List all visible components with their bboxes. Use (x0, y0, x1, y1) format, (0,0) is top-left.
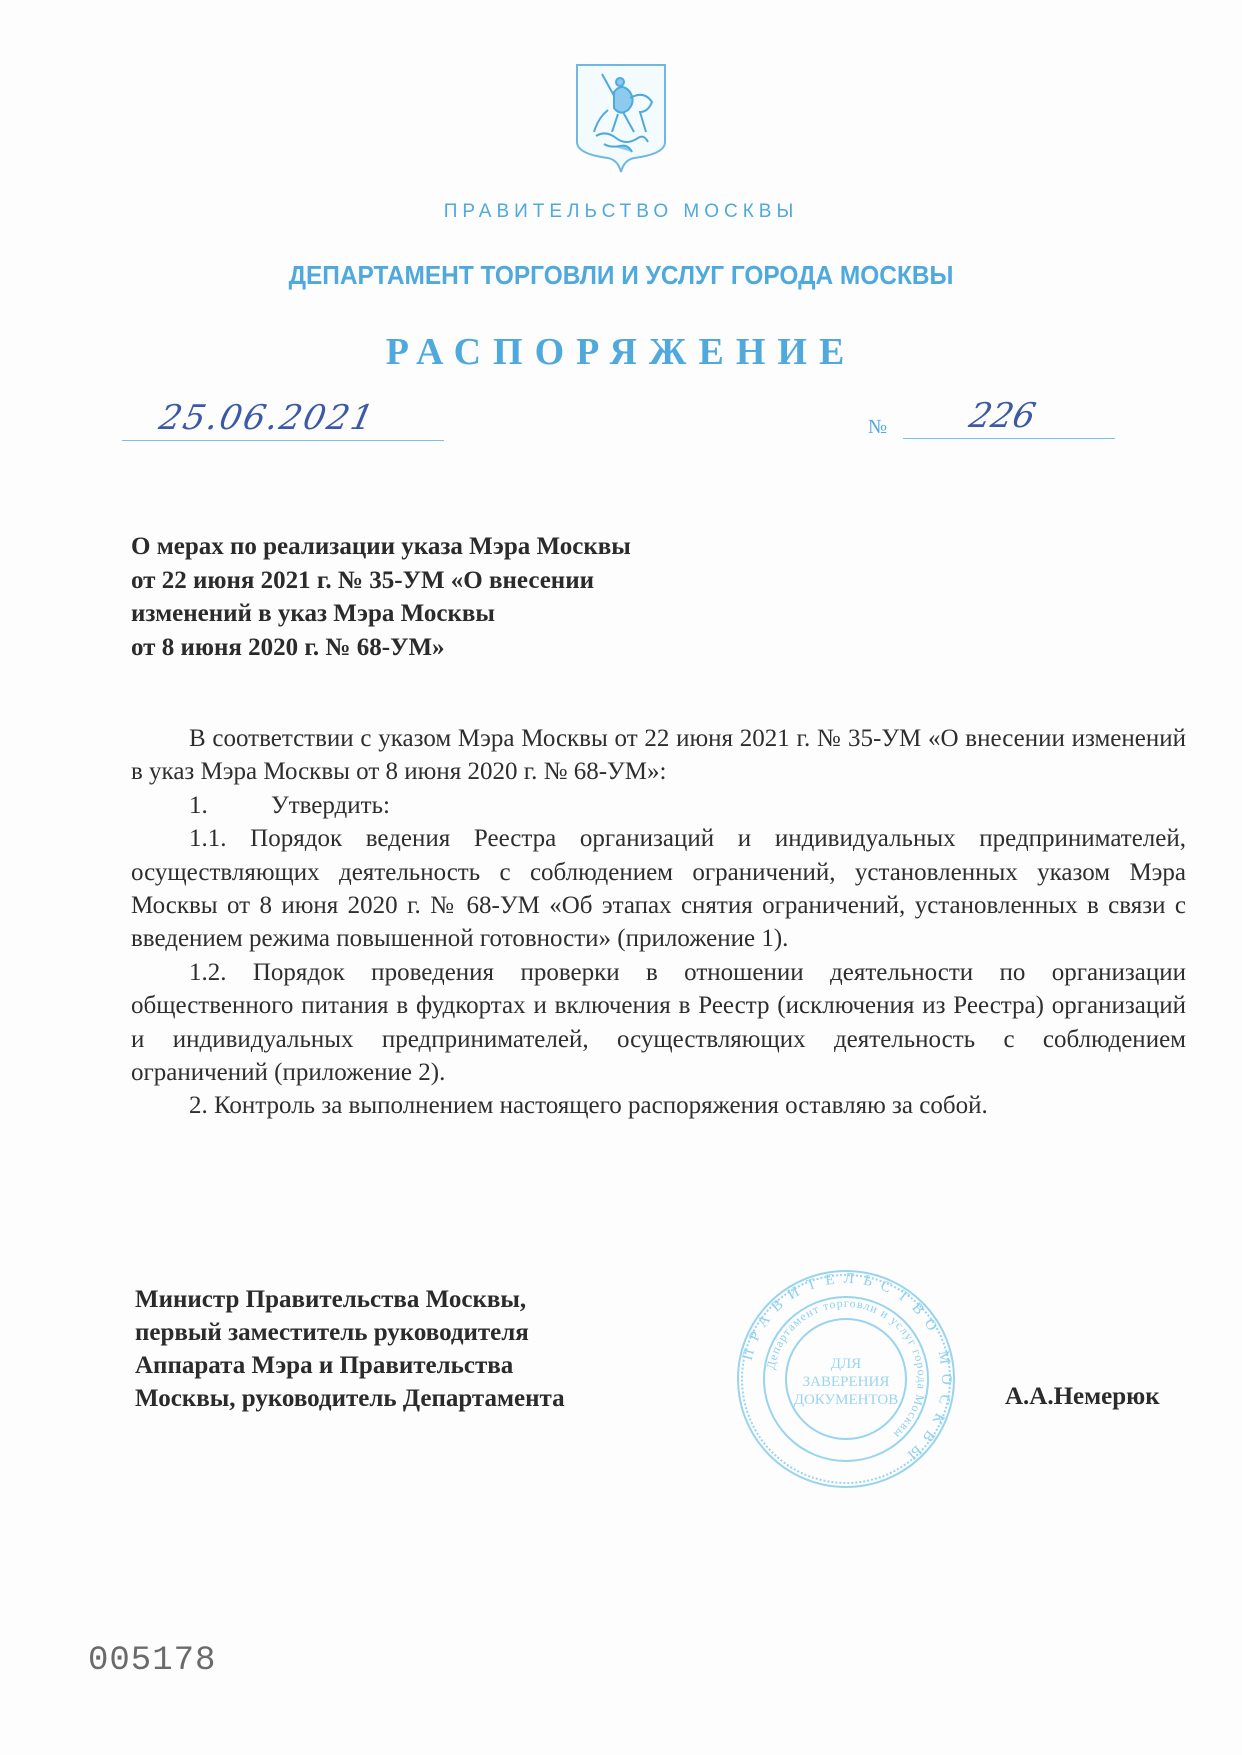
preamble-paragraph: В соответствии с указом Мэра Москвы от 2… (131, 722, 1186, 789)
official-seal-icon: ПРАВИТЕЛЬСТВО МОСКВЫ Департамент торговл… (722, 1268, 970, 1490)
document-date: 25.06.2021 (156, 398, 379, 438)
subject-line: от 8 июня 2020 г. № 68-УМ» (131, 631, 771, 665)
document-type-title: РАСПОРЯЖЕНИЕ (0, 330, 1242, 374)
date-underline (122, 440, 444, 441)
seal-center-line: ЗАВЕРЕНИЯ (803, 1374, 890, 1390)
signer-position-line: Министр Правительства Москвы, (135, 1283, 695, 1316)
item-1: 1.Утвердить: (131, 789, 1186, 822)
number-underline (903, 438, 1115, 439)
seal-center-line: ДЛЯ (831, 1356, 861, 1372)
government-title: ПРАВИТЕЛЬСТВО МОСКВЫ (0, 201, 1242, 223)
item-2-paragraph: 2. Контроль за выполнением настоящего ра… (131, 1089, 1186, 1122)
signer-position-line: Аппарата Мэра и Правительства (135, 1349, 695, 1382)
signer-position-line: первый заместитель руководителя (135, 1316, 695, 1349)
item-1-text: Утвердить: (271, 792, 390, 819)
number-sign: № (868, 416, 887, 439)
signer-name: А.А.Немерюк (1005, 1383, 1160, 1411)
seal-center-line: ДОКУМЕНТОВ (794, 1392, 899, 1408)
document-subject: О мерах по реализации указа Мэра Москвы … (131, 530, 771, 664)
signer-position: Министр Правительства Москвы, первый зам… (135, 1283, 695, 1415)
subject-line: О мерах по реализации указа Мэра Москвы (131, 530, 771, 564)
document-number: 226 (966, 396, 1039, 436)
moscow-coat-of-arms-icon (574, 62, 668, 174)
document-body: В соответствии с указом Мэра Москвы от 2… (131, 722, 1186, 1123)
item-1-number: 1. (189, 789, 271, 822)
subject-line: изменений в указ Мэра Москвы (131, 597, 771, 631)
item-1-1-paragraph: 1.1. Порядок ведения Реестра организаций… (131, 822, 1186, 956)
signer-position-line: Москвы, руководитель Департамента (135, 1382, 695, 1415)
department-title: ДЕПАРТАМЕНТ ТОРГОВЛИ И УСЛУГ ГОРОДА МОСК… (37, 260, 1204, 291)
serial-number: 005178 (88, 1642, 216, 1680)
item-1-2-paragraph: 1.2. Порядок проведения проверки в отнош… (131, 956, 1186, 1090)
subject-line: от 22 июня 2021 г. № 35-УМ «О внесении (131, 564, 771, 598)
